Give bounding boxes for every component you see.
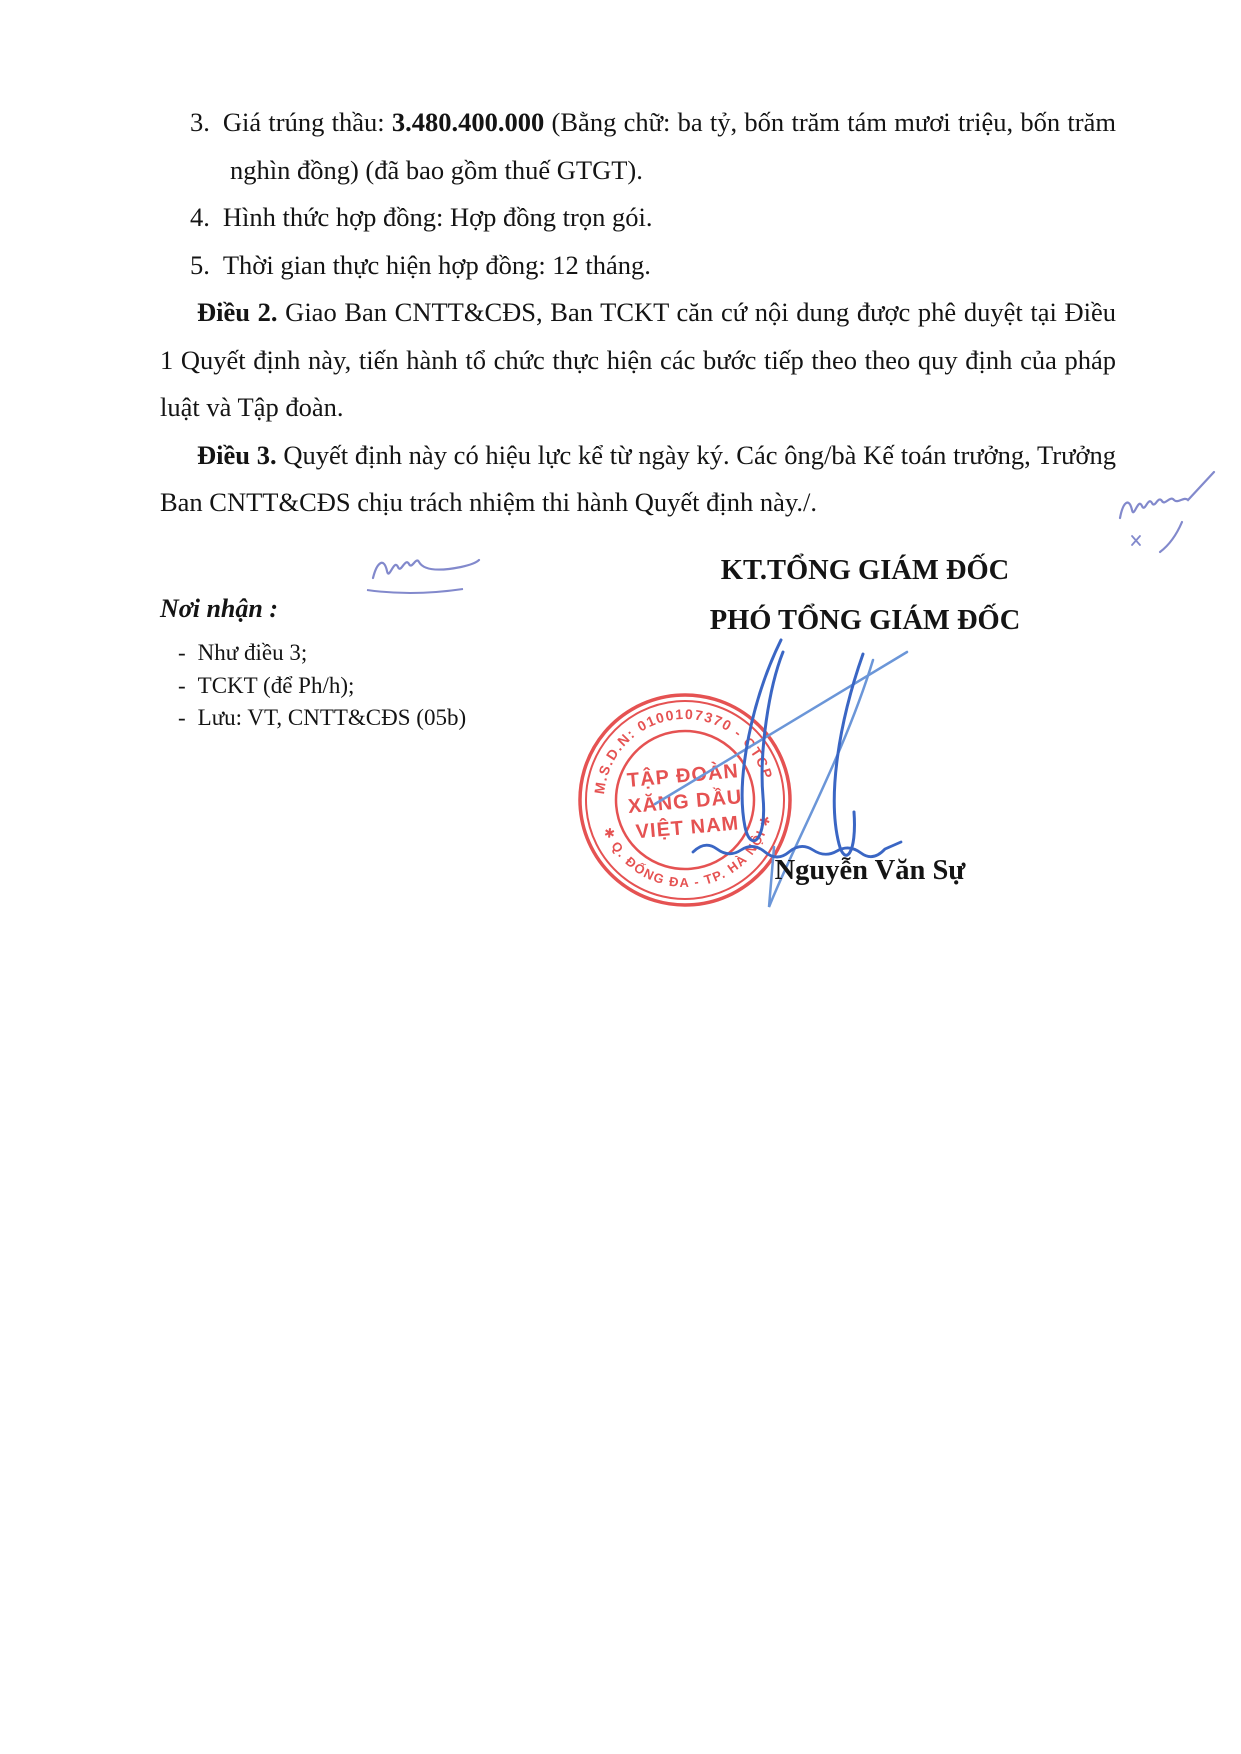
- paraph-initials-right: [1100, 460, 1225, 555]
- list-item-4: 4.Hình thức hợp đồng: Hợp đồng trọn gói.: [160, 194, 1116, 242]
- paraph-x-mark: [1132, 536, 1140, 545]
- article-label: Điều 2.: [197, 297, 278, 327]
- bid-price-value: 3.480.400.000: [392, 107, 544, 137]
- item-number: 4.: [190, 202, 210, 232]
- list-item-3: 3.Giá trúng thầu: 3.480.400.000 (Bằng ch…: [160, 99, 1116, 194]
- dash-bullet: -: [178, 705, 186, 730]
- dash-bullet: -: [178, 673, 186, 698]
- signer-position-line1: KT.TỔNG GIÁM ĐỐC: [640, 546, 1090, 596]
- paraph-stroke: [373, 560, 479, 578]
- item-text: Hình thức hợp đồng: Hợp đồng trọn gói.: [223, 202, 653, 232]
- recipient-item: -TCKT (để Ph/h);: [160, 670, 500, 703]
- article-label: Điều 3.: [197, 440, 277, 470]
- recipient-item: -Như điều 3;: [160, 637, 500, 670]
- paraph-stroke: [1120, 472, 1214, 518]
- document-body: 3.Giá trúng thầu: 3.480.400.000 (Bằng ch…: [160, 99, 1116, 527]
- article-text: Quyết định này có hiệu lực kể từ ngày ký…: [160, 440, 1116, 518]
- list-item-5: 5.Thời gian thực hiện hợp đồng: 12 tháng…: [160, 242, 1116, 290]
- recipient-text: TCKT (để Ph/h);: [198, 673, 355, 698]
- recipient-item: -Lưu: VT, CNTT&CĐS (05b): [160, 702, 500, 735]
- signature-stroke: [834, 654, 863, 855]
- signature-stroke: [742, 640, 783, 841]
- paraph-stroke: [1160, 522, 1182, 552]
- article-dieu-2: Điều 2. Giao Ban CNTT&CĐS, Ban TCKT căn …: [160, 289, 1116, 432]
- article-dieu-3: Điều 3. Quyết định này có hiệu lực kể từ…: [160, 432, 1116, 527]
- item-text: Thời gian thực hiện hợp đồng: 12 tháng.: [223, 250, 651, 280]
- paraph-underline: [367, 589, 463, 593]
- signer-name: Nguyễn Văn Sự: [740, 855, 1000, 887]
- article-text: Giao Ban CNTT&CĐS, Ban TCKT căn cứ nội d…: [160, 297, 1116, 422]
- item-number: 5.: [190, 250, 210, 280]
- item-text-pre: Giá trúng thầu:: [223, 107, 392, 137]
- dash-bullet: -: [178, 640, 186, 665]
- recipients-block: Nơi nhận : -Như điều 3; -TCKT (để Ph/h);…: [160, 594, 500, 735]
- recipient-text: Như điều 3;: [198, 640, 308, 665]
- paraph-initials-left: [355, 542, 490, 602]
- recipient-text: Lưu: VT, CNTT&CĐS (05b): [198, 705, 466, 730]
- item-number: 3.: [190, 107, 210, 137]
